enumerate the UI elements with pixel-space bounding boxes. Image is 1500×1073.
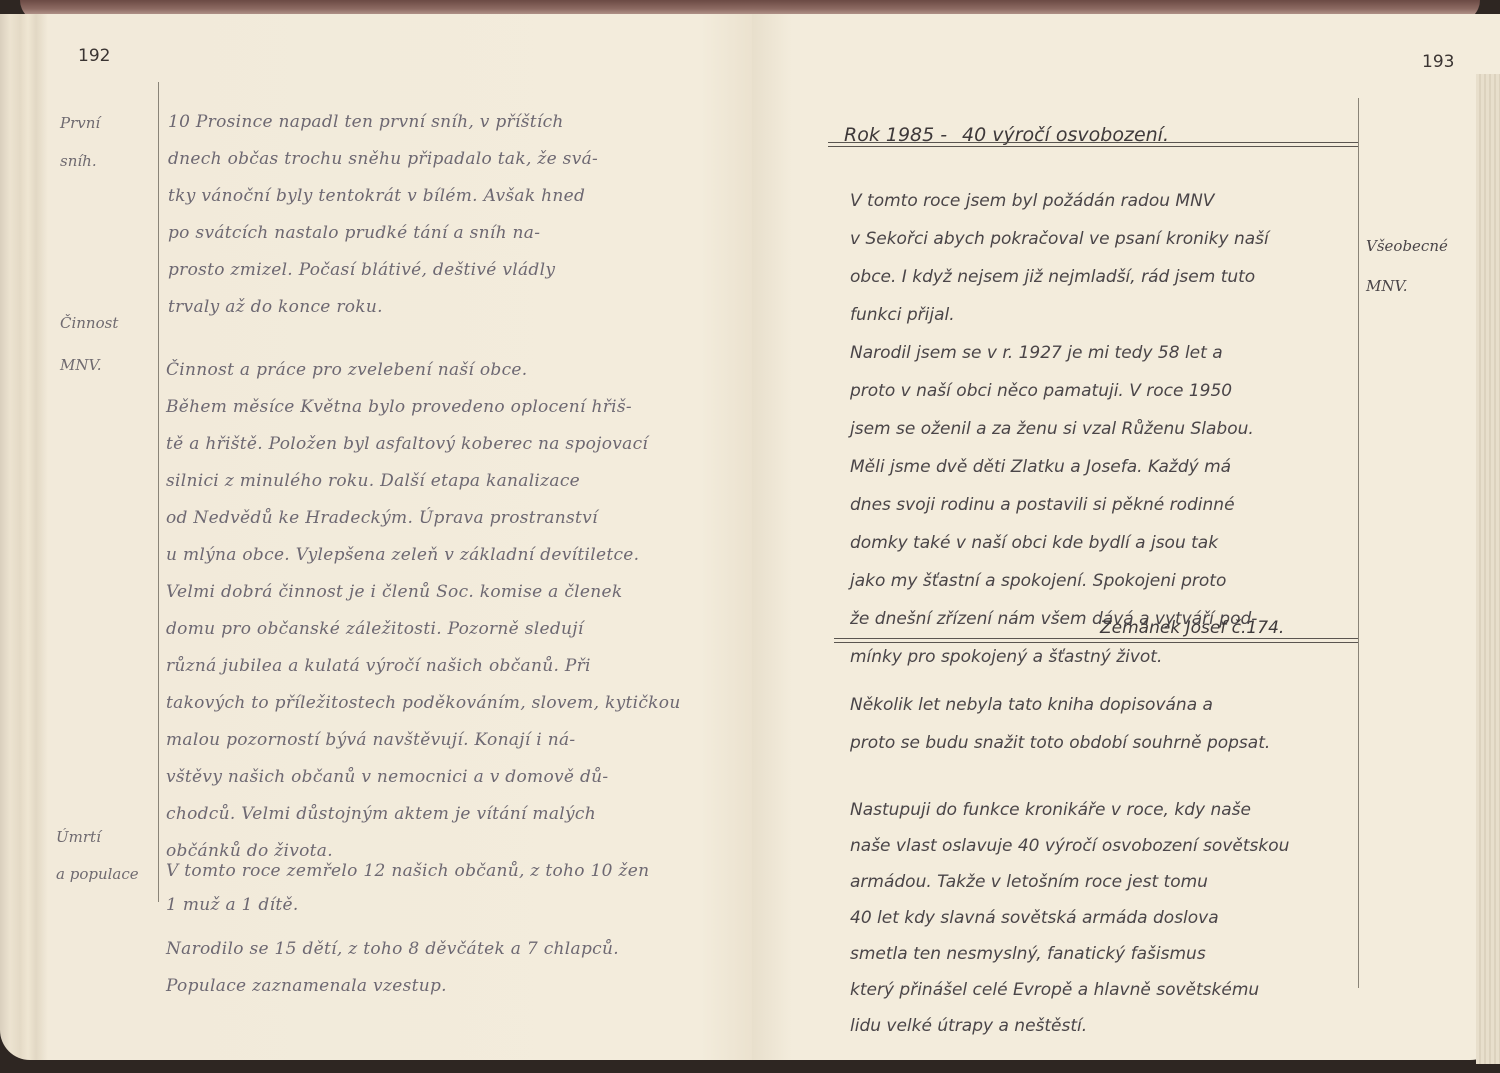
page-number-left: 192 [78,46,110,66]
section-divider-2 [834,642,1358,643]
left-page: 192 První sníh. Činnost MNV. Úmrtí a pop… [0,14,752,1060]
heading-underline-1 [828,142,1358,143]
heading-underline-2 [828,146,1358,147]
section-deaths-population: V tomto roce zemřelo 12 našich občanů, z… [166,854,649,1005]
page-number-right: 193 [1422,52,1454,72]
section-divider-1 [834,638,1358,639]
open-chronicle-book: 192 První sníh. Činnost MNV. Úmrtí a pop… [0,0,1500,1060]
section-first-snow: 10 Prosince napadl ten první sníh, v pří… [168,104,598,326]
section-mnv-activity: Činnost a práce pro zvelebení naší obce.… [166,352,681,870]
margin-rule-left [158,82,159,902]
chronicler-signature: Zemánek Josef č.174. [1100,618,1284,638]
margin-rule-right [1358,98,1359,988]
page-stack-edge [1476,74,1500,1064]
margin-note-deaths-population: Úmrtí a populace [56,819,139,893]
section-liberation-anniversary: Nastupuji do funkce kronikáře v roce, kd… [850,792,1289,1044]
margin-note-general-mnv: Všeobecné MNV. [1366,226,1448,306]
section-chronicler-intro: V tomto roce jsem byl požádán radou MNV … [850,182,1269,676]
margin-note-mnv: MNV. [60,354,101,376]
right-page: 193 Rok 1985 - 40 výročí osvobození. Vše… [752,14,1500,1060]
section-gap-note: Několik let nebyla tato kniha dopisována… [850,686,1270,762]
margin-note-activity: Činnost [60,312,118,334]
margin-note-first-snow: První sníh. [60,104,100,180]
